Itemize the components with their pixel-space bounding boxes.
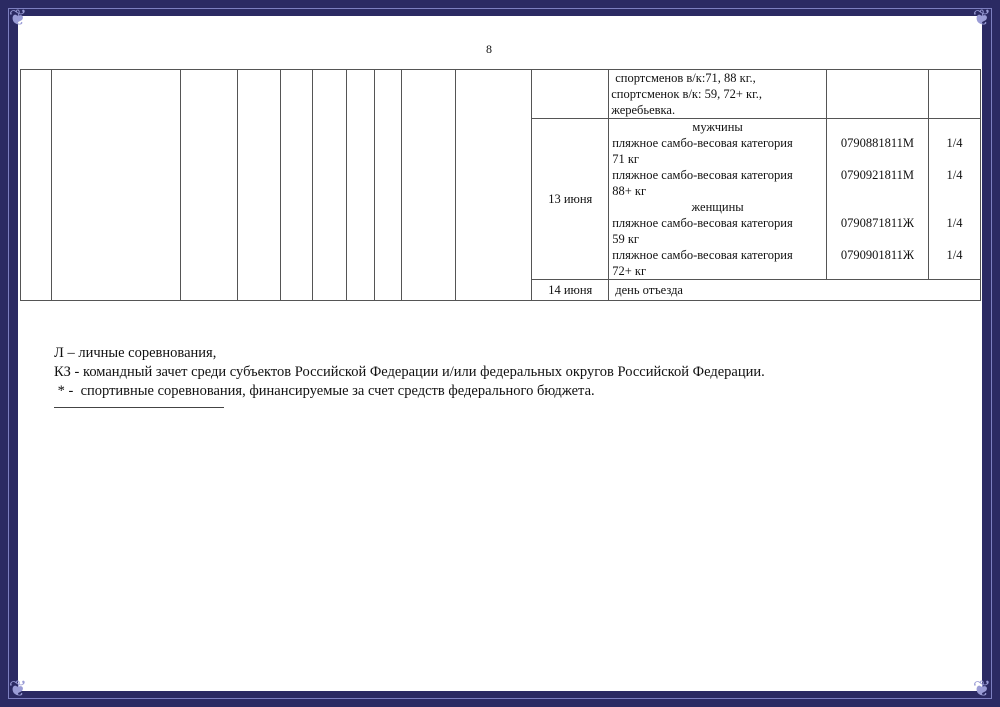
program-line: жеребьевка. bbox=[611, 102, 823, 118]
event-quota: 1/4 bbox=[932, 167, 977, 215]
group-heading: мужчины bbox=[612, 119, 823, 135]
table-cell bbox=[456, 70, 532, 301]
corner-ornament-icon: ❦ bbox=[4, 675, 32, 703]
event-code: 0790871811Ж bbox=[830, 215, 925, 247]
event-weight: 71 кг bbox=[612, 151, 823, 167]
page-number: 8 bbox=[486, 42, 492, 57]
program-line: спортсменок в/к: 59, 72+ кг., bbox=[611, 86, 823, 102]
table-cell bbox=[374, 70, 402, 301]
event-code: 0790901811Ж bbox=[830, 247, 925, 279]
event-title: пляжное самбо-весовая категория bbox=[612, 167, 823, 183]
note-line: КЗ - командный зачет среди субъектов Рос… bbox=[54, 363, 765, 382]
event-quota: 1/4 bbox=[932, 215, 977, 247]
corner-ornament-icon: ❦ bbox=[4, 4, 32, 32]
program-cell: день отъезда bbox=[609, 280, 981, 301]
program-cell: мужчины пляжное самбо-весовая категория … bbox=[609, 119, 827, 280]
program-cell: спортсменов в/к:71, 88 кг., спортсменок … bbox=[609, 70, 827, 119]
event-weight: 72+ кг bbox=[612, 263, 823, 279]
corner-ornament-icon: ❦ bbox=[968, 4, 996, 32]
code-cell: 0790881811М 0790921811М 0790871811Ж 0790… bbox=[827, 119, 929, 280]
footnote-divider bbox=[54, 407, 224, 408]
corner-ornament-icon: ❦ bbox=[968, 675, 996, 703]
event-title: пляжное самбо-весовая категория bbox=[612, 215, 823, 231]
event-quota: 1/4 bbox=[932, 247, 977, 279]
event-title: пляжное самбо-весовая категория bbox=[612, 135, 823, 151]
note-line: * - спортивные соревнования, финансируем… bbox=[54, 382, 765, 401]
quota-cell: 1/4 1/4 1/4 1/4 bbox=[928, 119, 980, 280]
event-code: 0790921811М bbox=[830, 167, 925, 215]
table-cell bbox=[402, 70, 456, 301]
event-title: пляжное самбо-весовая категория bbox=[612, 247, 823, 263]
table-cell bbox=[21, 70, 52, 301]
event-code: 0790881811М bbox=[830, 135, 925, 167]
table-cell bbox=[312, 70, 346, 301]
table-cell bbox=[237, 70, 280, 301]
legend-notes: Л – личные соревнования, КЗ - командный … bbox=[54, 344, 765, 401]
schedule-table: спортсменов в/к:71, 88 кг., спортсменок … bbox=[20, 69, 981, 301]
table-row: спортсменов в/к:71, 88 кг., спортсменок … bbox=[21, 70, 981, 119]
date-cell: 14 июня bbox=[532, 280, 609, 301]
quota-cell bbox=[928, 70, 980, 119]
table-cell bbox=[280, 70, 312, 301]
table-cell bbox=[51, 70, 180, 301]
date-cell: 13 июня bbox=[532, 119, 609, 280]
group-heading: женщины bbox=[612, 199, 823, 215]
event-weight: 88+ кг bbox=[612, 183, 823, 199]
event-quota: 1/4 bbox=[932, 135, 977, 167]
table-cell bbox=[346, 70, 374, 301]
table-cell bbox=[180, 70, 237, 301]
code-cell bbox=[827, 70, 929, 119]
note-line: Л – личные соревнования, bbox=[54, 344, 765, 363]
event-weight: 59 кг bbox=[612, 231, 823, 247]
program-line: спортсменов в/к:71, 88 кг., bbox=[615, 70, 823, 86]
date-cell bbox=[532, 70, 609, 119]
